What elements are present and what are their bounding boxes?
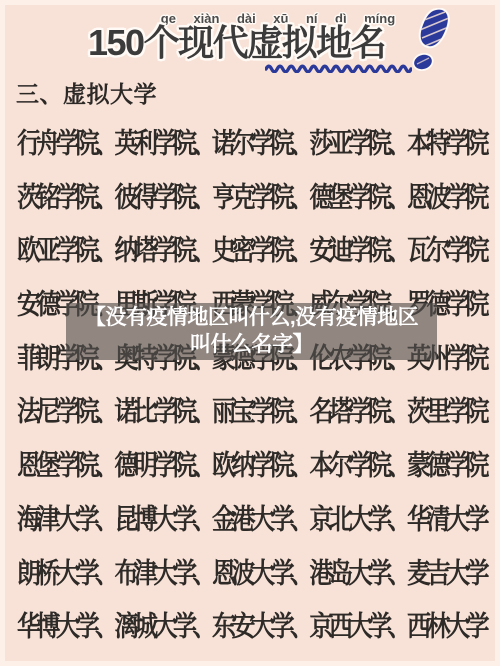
name-item: 东安大学、: [212, 604, 310, 644]
name-item: 西林大学: [407, 604, 485, 644]
name-row: 恩堡学院、德明学院、欧纳学院、本尔学院、蒙德学院: [17, 432, 483, 494]
name-item: 欧亚学院、: [17, 228, 115, 268]
name-item: 金港大学、: [212, 497, 310, 537]
watermark-overlay: 【没有疫情地区叫什么,没有疫情地区 叫什么名字】: [66, 303, 437, 360]
watermark-line2: 叫什么名字】: [190, 332, 313, 359]
name-item: 布津大学、: [115, 550, 213, 590]
name-rows: 行舟学院、英利学院、诺尔学院、莎亚学院、本特学院茨铭学院、彼得学院、亨克学院、德…: [17, 114, 483, 651]
name-item: 本特学院: [407, 121, 485, 161]
name-item: 漓城大学、: [115, 604, 213, 644]
name-item: 史密学院、: [212, 228, 310, 268]
watermark-line1: 【没有疫情地区叫什么,没有疫情地区: [85, 305, 418, 332]
name-row: 欧亚学院、纳塔学院、史密学院、安迪学院、瓦尔学院: [17, 217, 483, 279]
name-item: 朗桥大学、: [17, 550, 115, 590]
name-item: 昆博大学、: [115, 497, 213, 537]
name-item: 海津大学、: [17, 497, 115, 537]
name-item: 茨里学院: [407, 389, 485, 429]
wavy-underline-icon: [265, 61, 412, 73]
exclamation-icon: [411, 8, 453, 74]
name-item: 欧纳学院、: [212, 443, 310, 483]
name-item: 英利学院、: [115, 121, 213, 161]
name-item: 瓦尔学院: [407, 228, 485, 268]
infographic-page: gexiàndàixūnídìmíng 150个现代虚拟地名 三、虚拟大学 行舟…: [0, 0, 500, 666]
name-item: 德堡学院、: [310, 174, 408, 214]
name-item: 麦吉大学: [407, 550, 485, 590]
section-title: 三、虚拟大学: [16, 76, 157, 109]
name-item: 德明学院、: [115, 443, 213, 483]
name-item: 港岛大学、: [310, 550, 408, 590]
name-item: 恩波学院: [407, 174, 485, 214]
name-row: 法尼学院、诺比学院、丽宝学院、名塔学院、茨里学院: [17, 378, 483, 440]
name-item: 纳塔学院、: [115, 228, 213, 268]
name-item: 华清大学: [407, 497, 485, 537]
name-item: 法尼学院、: [17, 389, 115, 429]
name-item: 京北大学、: [310, 497, 408, 537]
name-item: 亨克学院、: [212, 174, 310, 214]
page-title: 150个现代虚拟地名: [88, 22, 385, 64]
name-item: 蒙德学院: [407, 443, 485, 483]
name-row: 海津大学、昆博大学、金港大学、京北大学、华清大学: [17, 486, 483, 548]
name-row: 华博大学、漓城大学、东安大学、京西大学、西林大学: [17, 593, 483, 655]
name-row: 行舟学院、英利学院、诺尔学院、莎亚学院、本特学院: [17, 110, 483, 172]
name-item: 京西大学、: [310, 604, 408, 644]
name-row: 朗桥大学、布津大学、恩波大学、港岛大学、麦吉大学: [17, 539, 483, 601]
name-item: 丽宝学院、: [212, 389, 310, 429]
name-item: 恩堡学院、: [17, 443, 115, 483]
name-item: 诺比学院、: [115, 389, 213, 429]
name-item: 彼得学院、: [115, 174, 213, 214]
name-item: 诺尔学院、: [212, 121, 310, 161]
name-item: 本尔学院、: [310, 443, 408, 483]
name-item: 华博大学、: [17, 604, 115, 644]
name-item: 恩波大学、: [212, 550, 310, 590]
name-item: 名塔学院、: [310, 389, 408, 429]
name-item: 茨铭学院、: [17, 174, 115, 214]
name-item: 行舟学院、: [17, 121, 115, 161]
name-item: 安迪学院、: [310, 228, 408, 268]
name-item: 莎亚学院、: [310, 121, 408, 161]
